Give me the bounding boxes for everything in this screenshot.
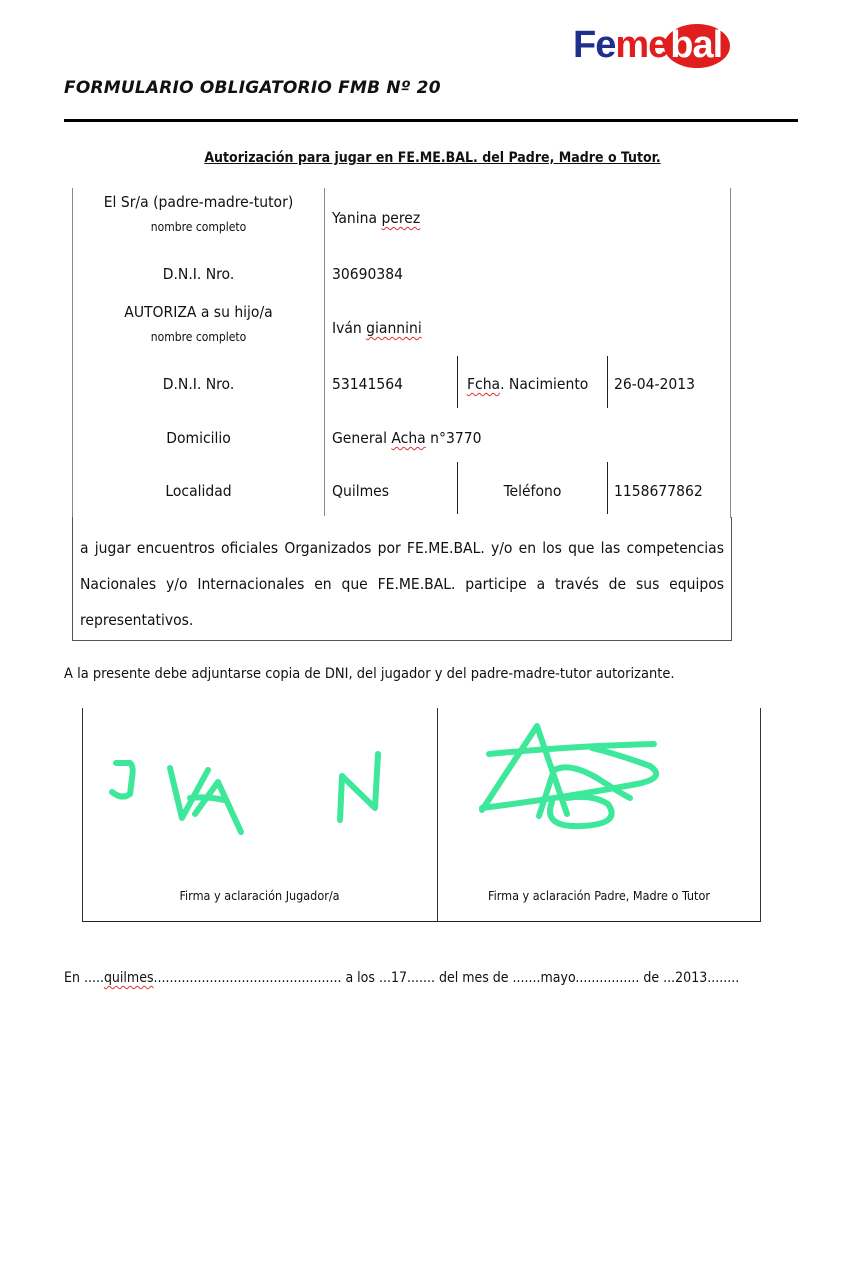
tutor-dni-label: D.N.I. Nro. xyxy=(73,265,324,283)
table-border-left xyxy=(72,188,73,518)
phone-field[interactable]: 1158677862 xyxy=(614,482,703,500)
femebal-logo: Femebal xyxy=(573,24,730,67)
tutor-label: El Sr/a (padre-madre-tutor) nombre compl… xyxy=(73,193,324,235)
tutor-signature-caption: Firma y aclaración Padre, Madre o Tutor xyxy=(438,888,760,903)
city-field[interactable]: Quilmes xyxy=(332,482,389,500)
player-signature-caption: Firma y aclaración Jugador/a xyxy=(82,888,437,903)
tutor-name-field[interactable]: Yanina perez xyxy=(332,209,420,227)
child-label: AUTORIZA a su hijo/a nombre completo xyxy=(73,303,324,345)
cell-divider xyxy=(457,356,458,408)
child-dni-field[interactable]: 53141564 xyxy=(332,375,403,393)
birth-date-field[interactable]: 26-04-2013 xyxy=(614,375,695,393)
form-title: FORMULARIO OBLIGATORIO FMB Nº 20 xyxy=(64,78,441,98)
phone-label: Teléfono xyxy=(458,482,607,500)
address-label: Domicilio xyxy=(73,429,324,447)
player-signature xyxy=(112,754,378,832)
header-divider xyxy=(64,119,798,122)
attachment-note: A la presente debe adjuntarse copia de D… xyxy=(64,666,675,682)
signature-strokes xyxy=(82,708,761,908)
signature-section: Firma y aclaración Jugador/a Firma y acl… xyxy=(82,708,761,922)
cell-divider xyxy=(607,356,608,408)
document-subtitle: Autorización para jugar en FE.ME.BAL. de… xyxy=(0,150,859,166)
birth-date-label: Fcha. Nacimiento xyxy=(467,375,588,393)
tutor-signature xyxy=(482,726,656,826)
place-date-line: En .....quilmes.........................… xyxy=(64,966,764,990)
child-name-field[interactable]: Iván giannini xyxy=(332,319,422,337)
address-field[interactable]: General Acha n°3770 xyxy=(332,429,481,447)
place-field[interactable]: quilmes xyxy=(104,970,154,986)
tutor-sublabel: nombre completo xyxy=(151,220,246,234)
table-column-divider xyxy=(324,188,325,516)
tutor-dni-field[interactable]: 30690384 xyxy=(332,265,403,283)
cell-divider xyxy=(607,462,608,514)
authorization-text: a jugar encuentros oficiales Organizados… xyxy=(80,530,724,638)
table-border-right xyxy=(730,188,731,518)
city-label: Localidad xyxy=(73,482,324,500)
child-sublabel: nombre completo xyxy=(151,330,246,344)
child-dni-label: D.N.I. Nro. xyxy=(73,375,324,393)
